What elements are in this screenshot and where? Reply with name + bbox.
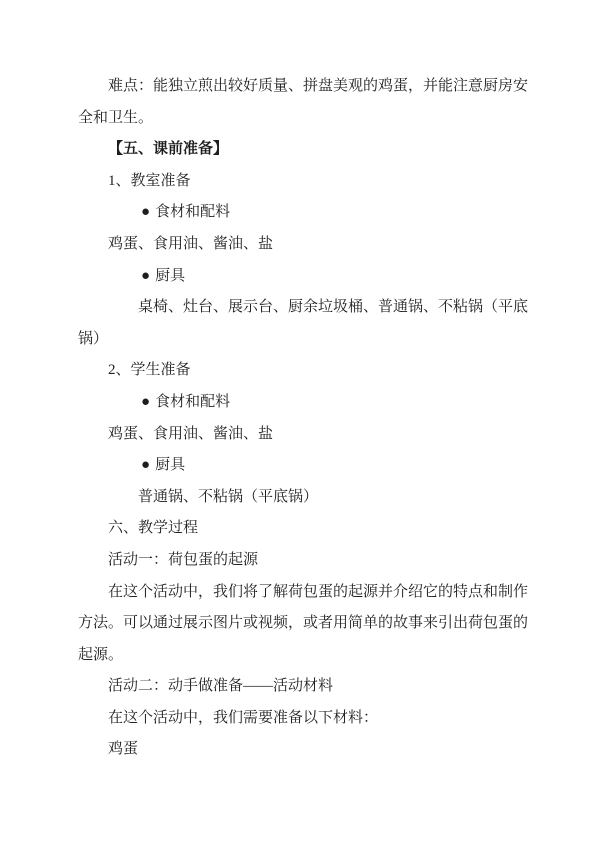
item-student-prep: 2、学生准备 (78, 355, 538, 387)
line-text: 桌椅、灶台、展示台、厨余垃圾桶、普通锅、不粘锅（平底 (138, 299, 528, 315)
bullet-item-ingredients-1: ●食材和配料 (78, 197, 538, 229)
line-text: 1、教室准备 (108, 173, 191, 189)
bullet-item-ingredients-2: ●食材和配料 (78, 387, 538, 419)
line-activity1-desc-1: 在这个活动中，我们将了解荷包蛋的起源并介绍它的特点和制作 (78, 577, 538, 609)
bullet-item-label: 厨具 (155, 268, 185, 284)
line-activity1-desc-2: 方法。可以通过展示图片或视频，或者用简单的故事来引出荷包蛋的 (78, 608, 538, 640)
heading-text: 【五、课前准备】 (108, 141, 228, 157)
line-text: 普通锅、不粘锅（平底锅） (138, 489, 318, 505)
bullet-item-label: 食材和配料 (155, 394, 230, 410)
line-ingredients-list-2: 鸡蛋、食用油、酱油、盐 (78, 419, 538, 451)
line-text: 在这个活动中，我们将了解荷包蛋的起源并介绍它的特点和制作 (108, 584, 528, 600)
line-utensils-list-2: 普通锅、不粘锅（平底锅） (78, 482, 538, 514)
bullet-item-utensils-2: ●厨具 (78, 450, 538, 482)
line-text: 难点：能独立煎出较好质量、拼盘美观的鸡蛋，并能注意厨房安 (108, 78, 528, 94)
line-activity2-desc: 在这个活动中，我们需要准备以下材料： (78, 703, 538, 735)
line-text: 活动二：动手做准备——活动材料 (108, 678, 333, 694)
bullet-icon: ● (141, 387, 150, 419)
line-text: 在这个活动中，我们需要准备以下材料： (108, 710, 378, 726)
line-utensils-list-1b: 锅） (78, 324, 538, 356)
line-text: 全和卫生。 (78, 110, 153, 126)
line-text: 锅） (78, 331, 108, 347)
line-activity1-title: 活动一：荷包蛋的起源 (78, 545, 538, 577)
bullet-icon: ● (141, 450, 150, 482)
heading-section-6-process: 六、教学过程 (78, 513, 538, 545)
line-text: 起源。 (78, 647, 123, 663)
line-ingredients-list-1: 鸡蛋、食用油、酱油、盐 (78, 229, 538, 261)
line-difficulty-2: 全和卫生。 (78, 103, 538, 135)
bullet-item-utensils-1: ●厨具 (78, 261, 538, 293)
line-text: 方法。可以通过展示图片或视频，或者用简单的故事来引出荷包蛋的 (78, 615, 528, 631)
line-text: 鸡蛋 (108, 741, 138, 757)
bullet-icon: ● (141, 197, 150, 229)
line-material-egg: 鸡蛋 (78, 734, 538, 766)
line-difficulty-1: 难点：能独立煎出较好质量、拼盘美观的鸡蛋，并能注意厨房安 (78, 71, 538, 103)
bullet-item-label: 食材和配料 (155, 204, 230, 220)
line-text: 鸡蛋、食用油、酱油、盐 (108, 426, 273, 442)
bullet-icon: ● (141, 261, 150, 293)
heading-text: 六、教学过程 (108, 520, 198, 536)
item-classroom-prep: 1、教室准备 (78, 166, 538, 198)
line-text: 活动一：荷包蛋的起源 (108, 552, 258, 568)
line-utensils-list-1a: 桌椅、灶台、展示台、厨余垃圾桶、普通锅、不粘锅（平底 (78, 292, 538, 324)
heading-section-5-preparation: 【五、课前准备】 (78, 134, 538, 166)
line-text: 鸡蛋、食用油、酱油、盐 (108, 236, 273, 252)
document-page: 难点：能独立煎出较好质量、拼盘美观的鸡蛋，并能注意厨房安 全和卫生。 【五、课前… (78, 71, 538, 766)
line-activity2-title: 活动二：动手做准备——活动材料 (78, 671, 538, 703)
bullet-item-label: 厨具 (155, 457, 185, 473)
line-text: 2、学生准备 (108, 362, 191, 378)
line-activity1-desc-3: 起源。 (78, 640, 538, 672)
